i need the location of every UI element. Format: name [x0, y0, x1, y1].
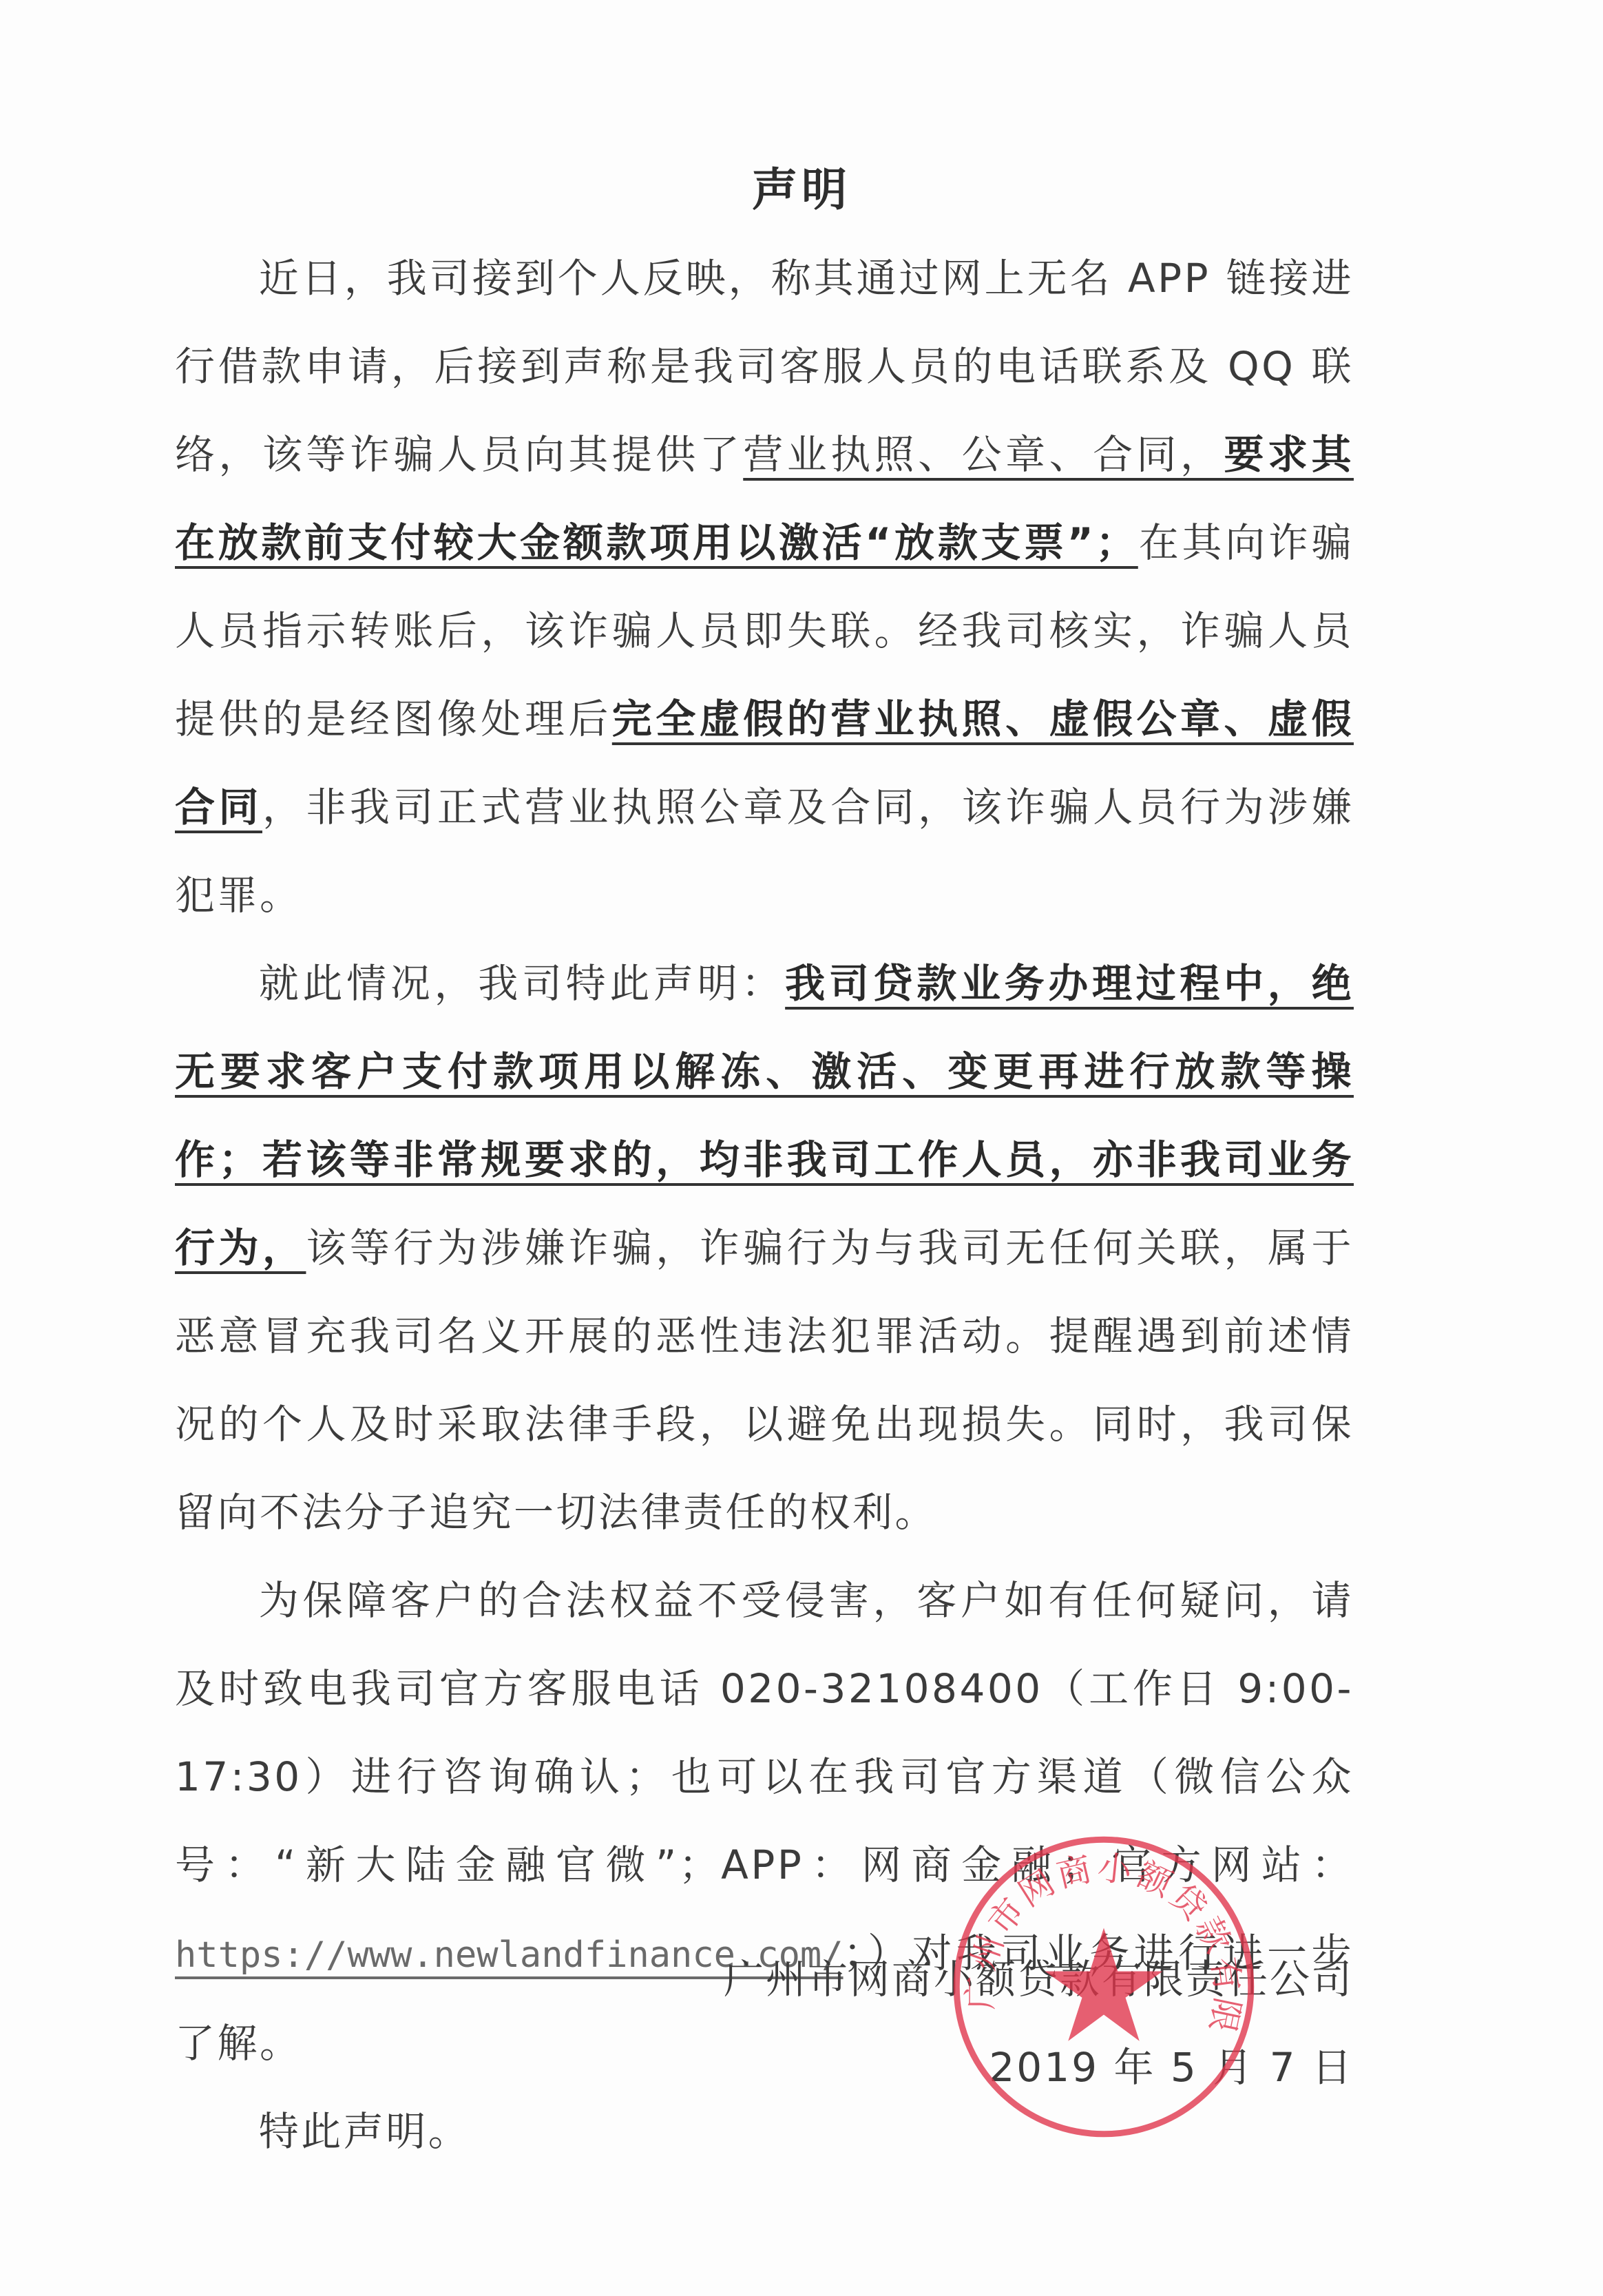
paragraph-incident: 近日，我司接到个人反映，称其通过网上无名 APP 链接进行借款申请，后接到声称是…: [175, 234, 1354, 939]
document-body: 近日，我司接到个人反映，称其通过网上无名 APP 链接进行借款申请，后接到声称是…: [175, 234, 1354, 2175]
company-name: 广州市网商小额贷款有限责任公司: [724, 1935, 1354, 2023]
underlined-docs-text: 营业执照、公章、合同，: [743, 431, 1224, 478]
page-title: 声明: [0, 153, 1603, 218]
document-page: 声明 近日，我司接到个人反映，称其通过网上无名 APP 链接进行借款申请，后接到…: [0, 0, 1603, 2296]
declaration-text-1: 就此情况，我司特此声明：: [259, 960, 785, 1007]
paragraph-declaration: 就此情况，我司特此声明：我司贷款业务办理过程中，绝无要求客户支付款项用以解冻、激…: [175, 939, 1354, 1556]
contact-text-1: 为保障客户的合法权益不受侵害，客户如有任何疑问，请及时致电我司官方客服电话 02…: [175, 1577, 1354, 1888]
incident-text-3: ，非我司正式营业执照公章及合同，该诈骗人员行为涉嫌犯罪。: [175, 784, 1354, 919]
declaration-text-2: 该等行为涉嫌诈骗，诈骗行为与我司无任何关联，属于恶意冒充我司名义开展的恶性违法犯…: [175, 1224, 1354, 1536]
signature-date: 2019 年 5 月 7 日: [724, 2023, 1354, 2111]
signature-block: 广州市网商小额贷款有限责任公司 2019 年 5 月 7 日: [724, 1935, 1354, 2111]
